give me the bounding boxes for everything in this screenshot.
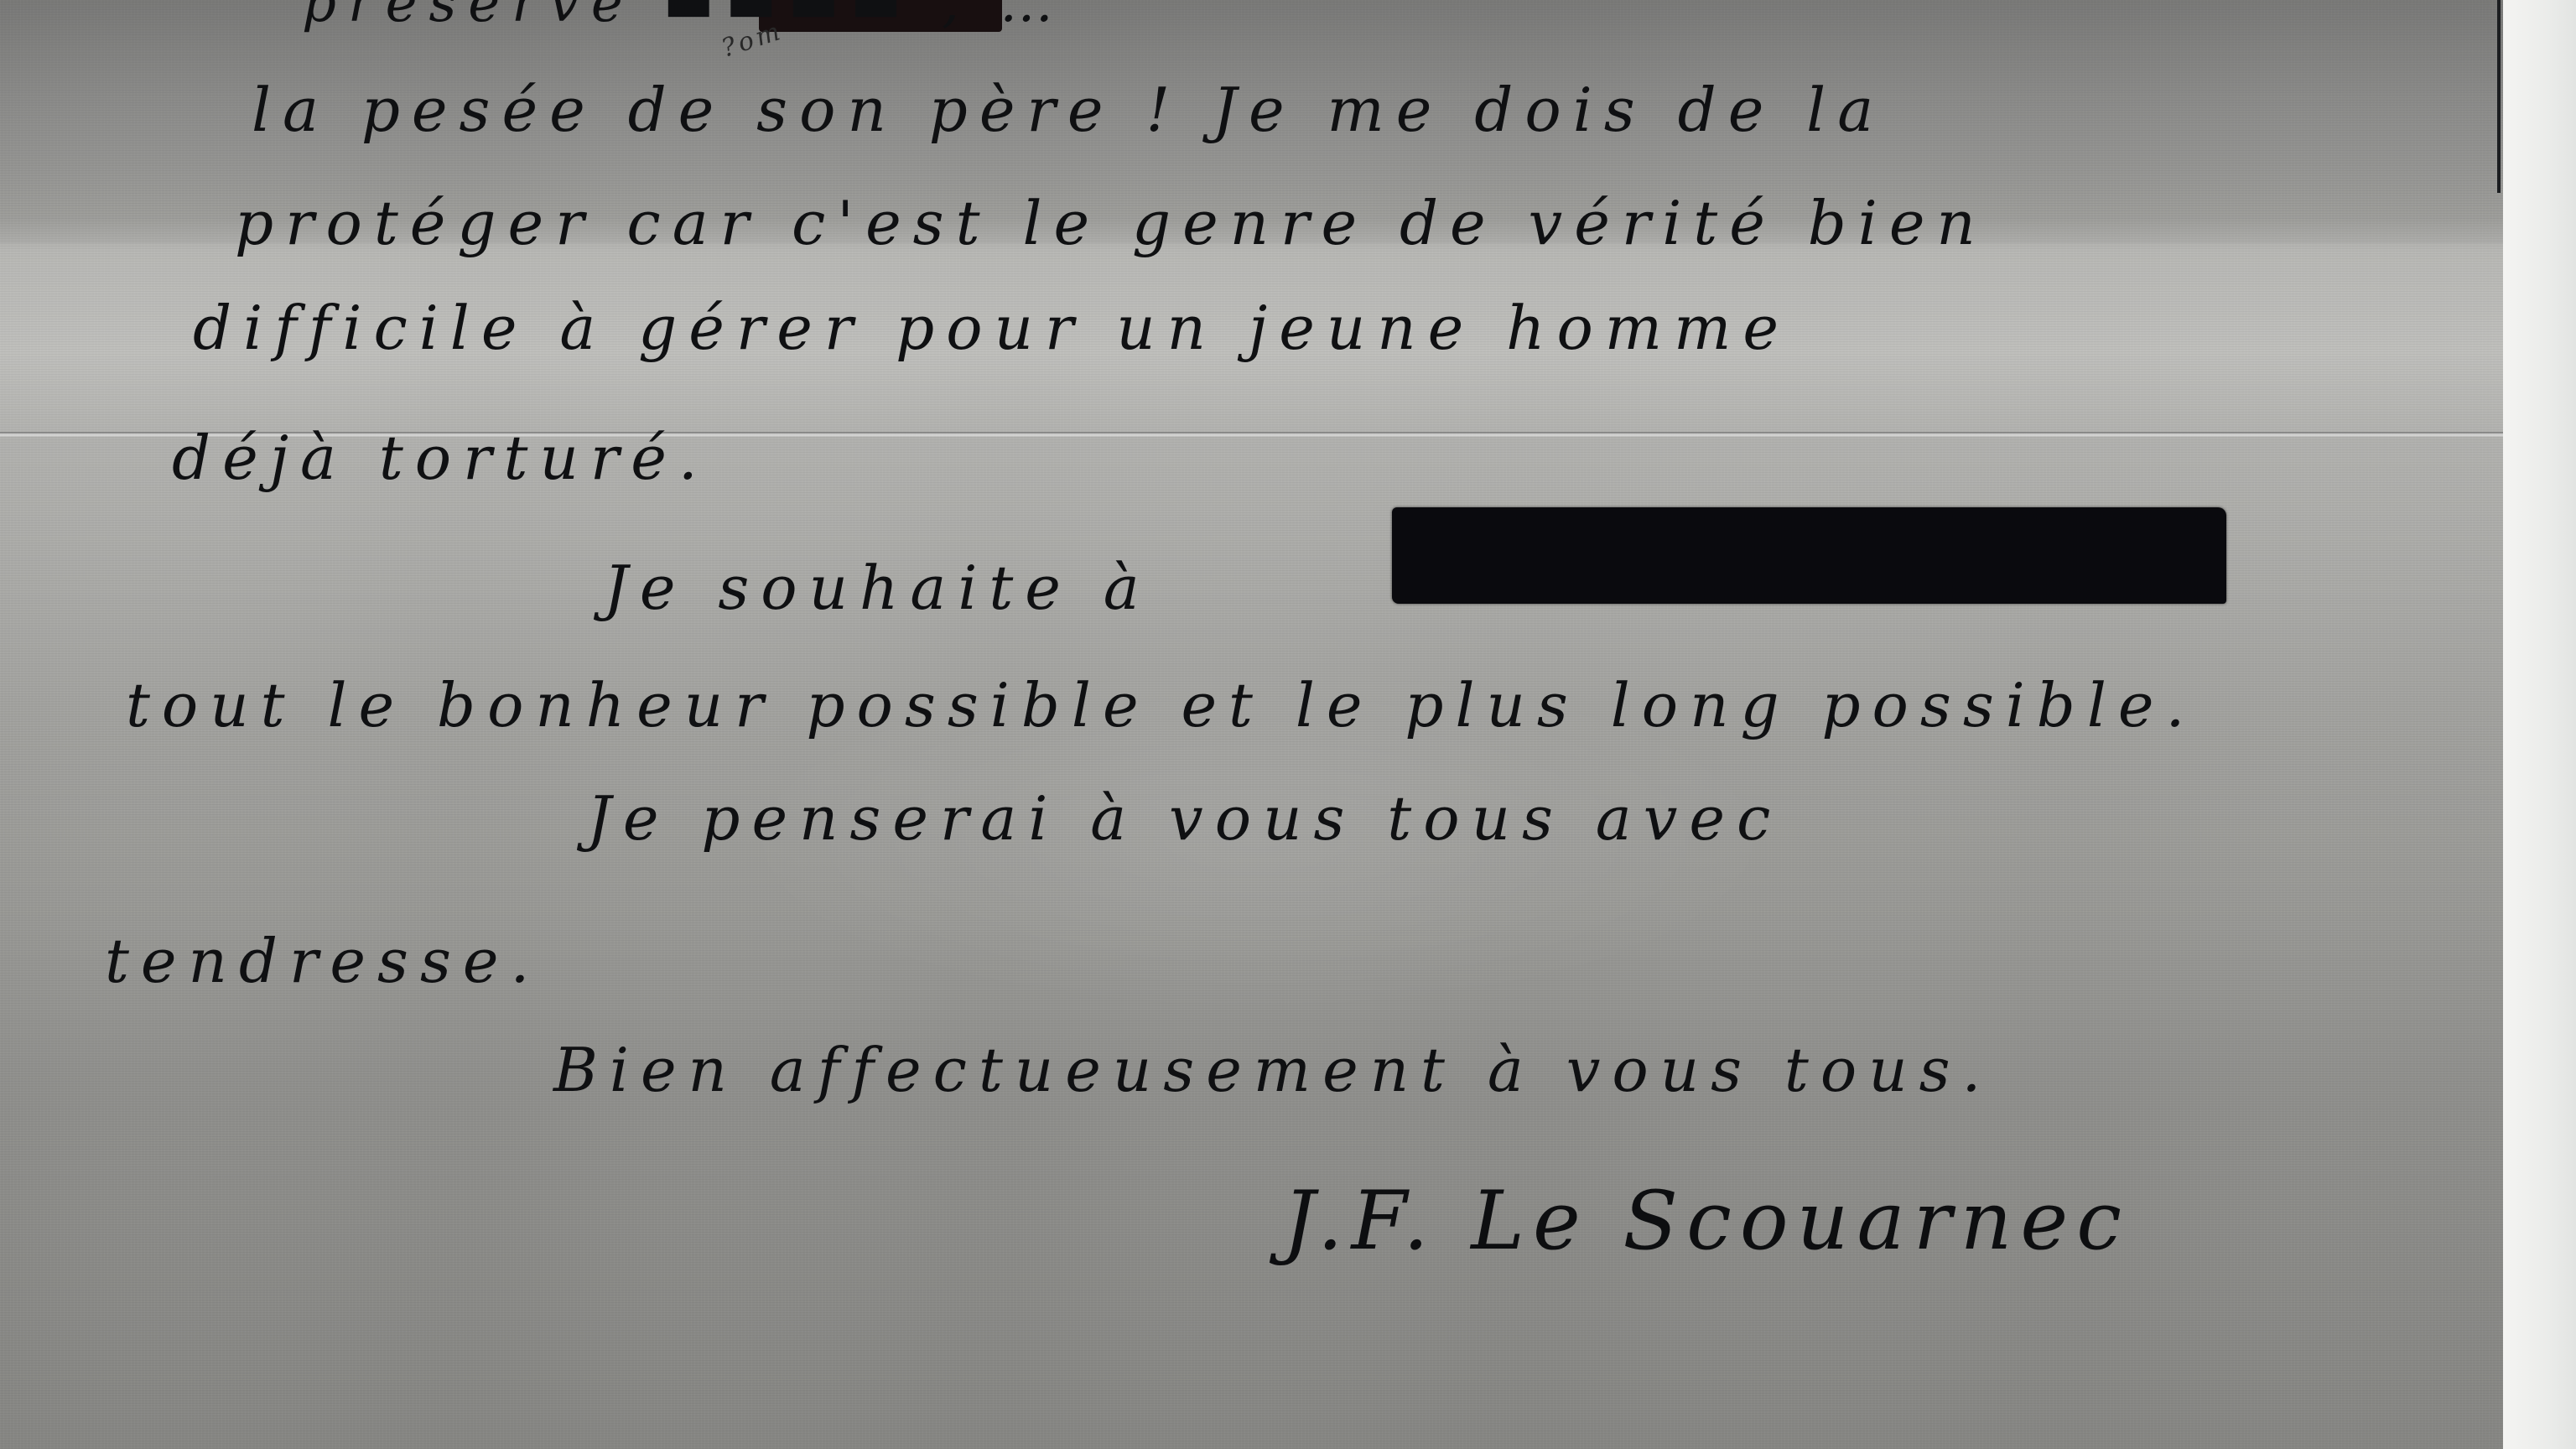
redaction-block <box>1392 507 2226 604</box>
letter-line: déjà torturé. <box>172 428 709 488</box>
background-margin <box>2503 0 2576 1449</box>
letter-line: Je souhaite à <box>604 558 1151 618</box>
paper-sheet: ?om préservé ▬▬▬▬ , … la pesée de son pè… <box>0 0 2503 1449</box>
sheet-edge <box>2497 0 2501 193</box>
letter-line: la pesée de son père ! Je me dois de la <box>252 80 1885 140</box>
letter-line: Je penserai à vous tous avec <box>587 788 1782 849</box>
signature: J.F. Le Scouarnec <box>1283 1174 2130 1268</box>
letter-photo: ?om préservé ▬▬▬▬ , … la pesée de son pè… <box>0 0 2576 1449</box>
letter-line: protéger car c'est le genre de vérité bi… <box>235 193 1987 253</box>
closing-line: Bien affectueusement à vous tous. <box>553 1040 1992 1100</box>
letter-line: tout le bonheur possible et le plus long… <box>126 675 2196 735</box>
letter-line: difficile à gérer pour un jeune homme <box>193 298 1790 358</box>
letter-line: tendresse. <box>105 931 541 991</box>
letter-line: préservé ▬▬▬▬ , … <box>302 0 1065 30</box>
